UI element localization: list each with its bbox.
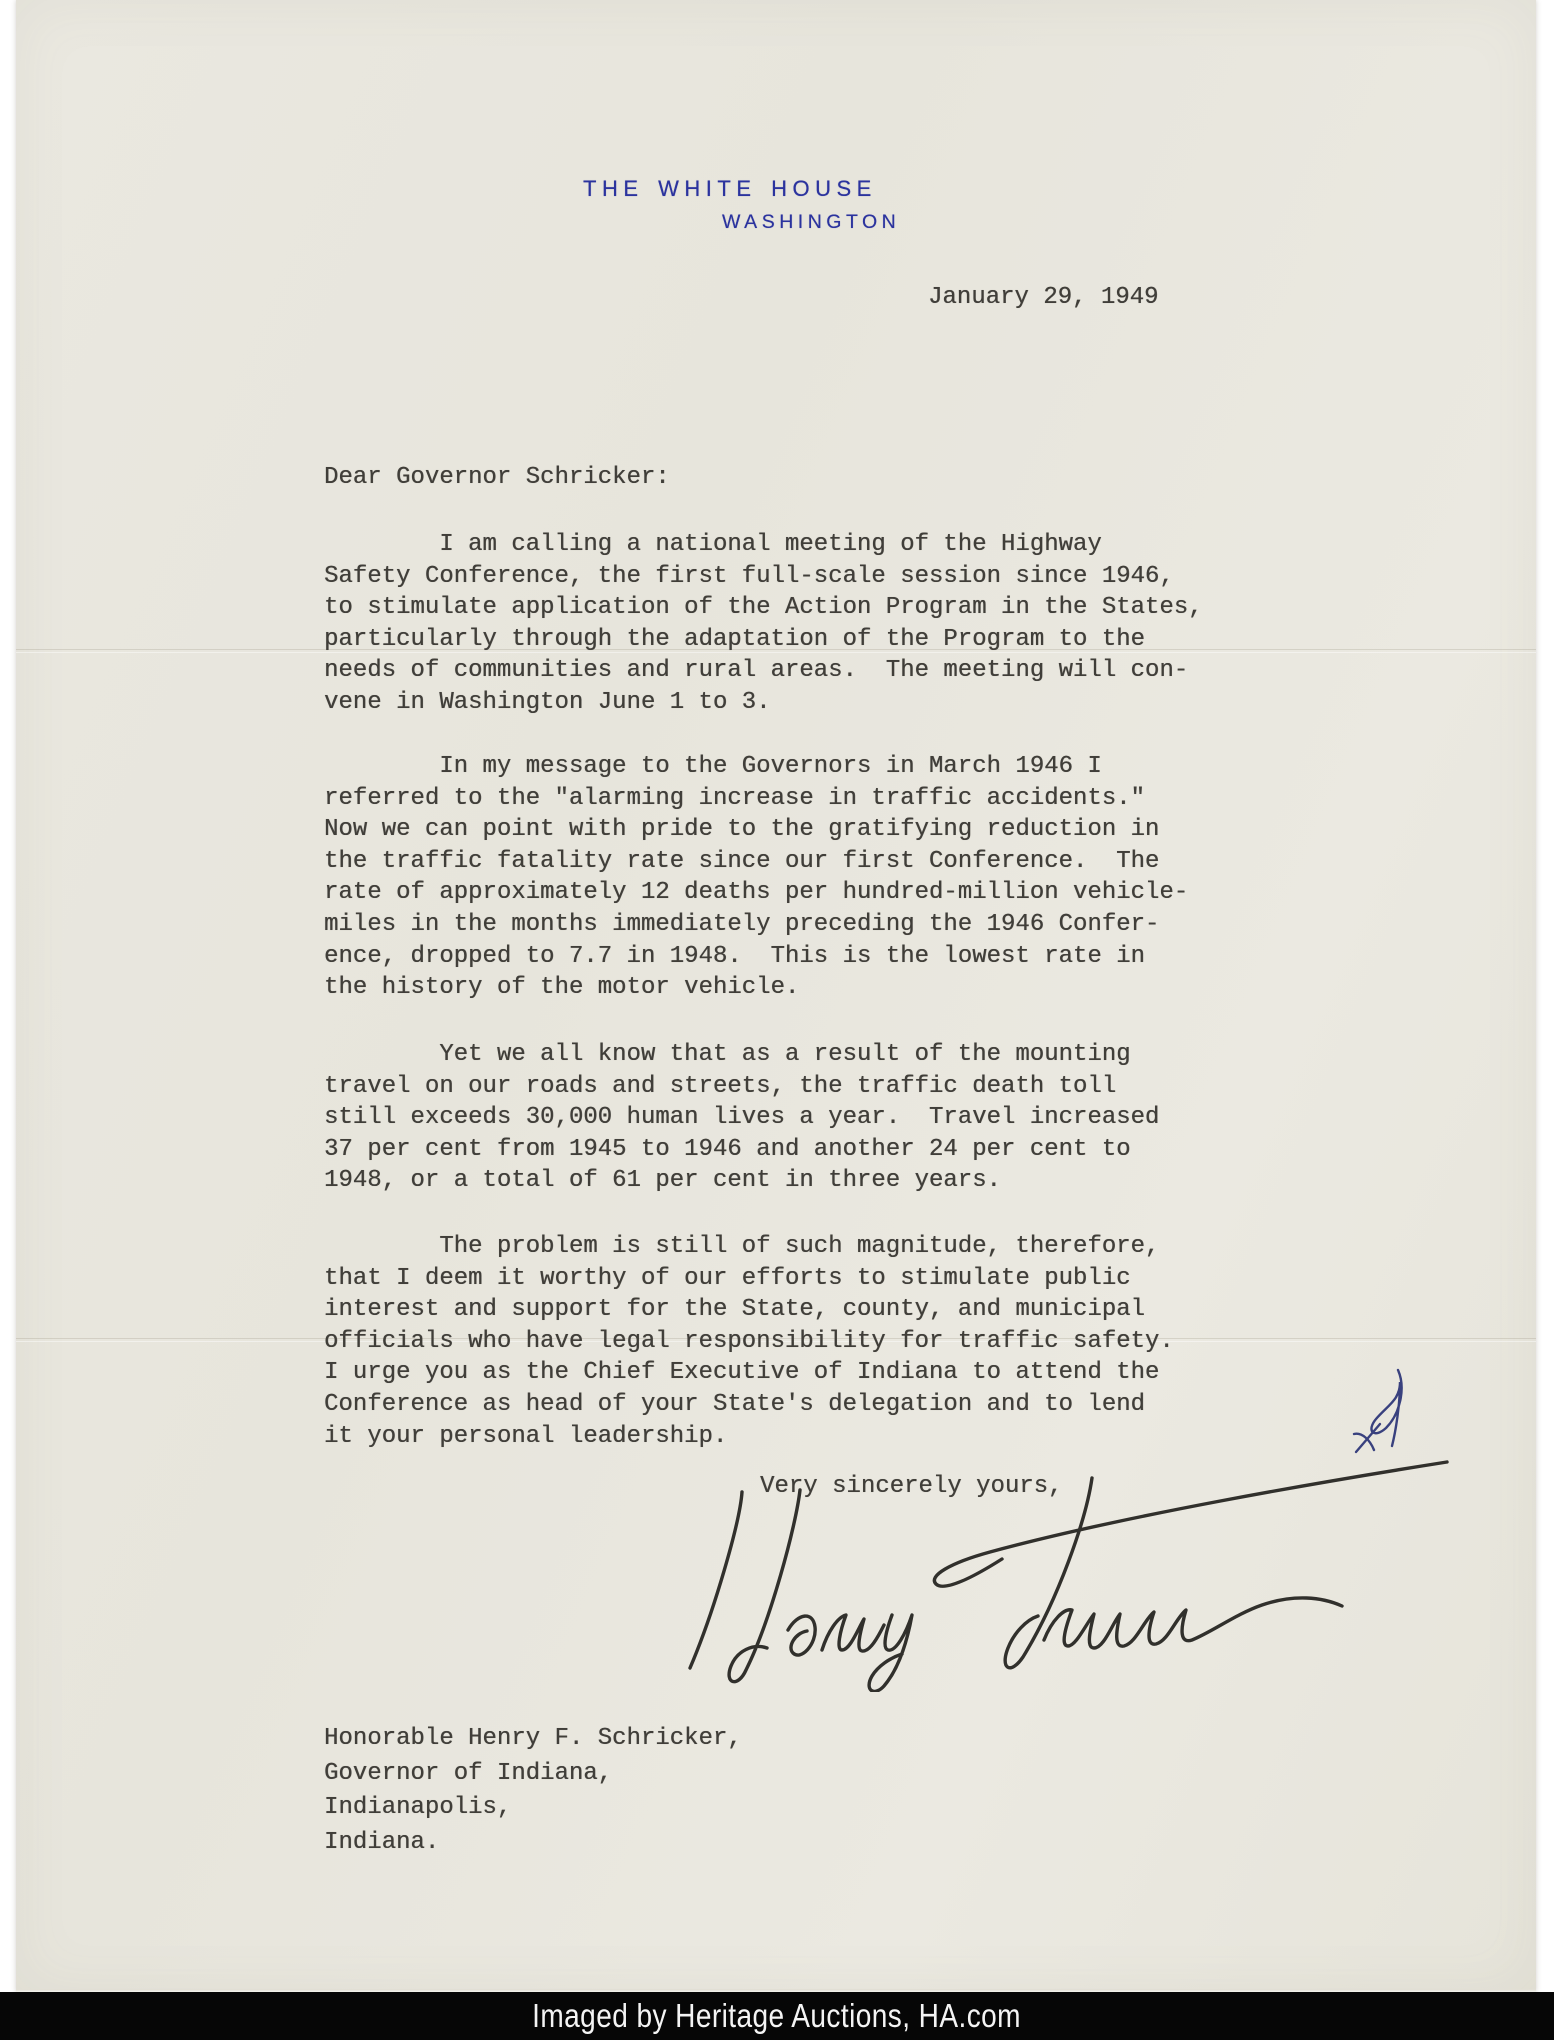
body-paragraph-1: I am calling a national meeting of the H… (324, 529, 1203, 719)
body-paragraph-3: Yet we all know that as a result of the … (324, 1039, 1159, 1197)
letterhead-line1: THE WHITE HOUSE (583, 178, 877, 200)
signature-harry-truman (560, 1430, 1480, 1692)
body-paragraph-4: The problem is still of such magnitude, … (324, 1231, 1174, 1452)
scanned-letter: THE WHITE HOUSE WASHINGTON January 29, 1… (0, 0, 1554, 2040)
footer-bar: Imaged by Heritage Auctions, HA.com (0, 1992, 1554, 2040)
letterhead-line2: WASHINGTON (722, 213, 900, 233)
date-line: January 29, 1949 (928, 282, 1158, 314)
salutation: Dear Governor Schricker: (324, 462, 670, 494)
footer-credit-text: Imaged by Heritage Auctions, HA.com (533, 1997, 1022, 2035)
recipient-block: Honorable Henry F. Schricker, Governor o… (324, 1722, 742, 1860)
body-paragraph-2: In my message to the Governors in March … (324, 751, 1188, 1004)
margin-ink-notation (1340, 1360, 1420, 1460)
